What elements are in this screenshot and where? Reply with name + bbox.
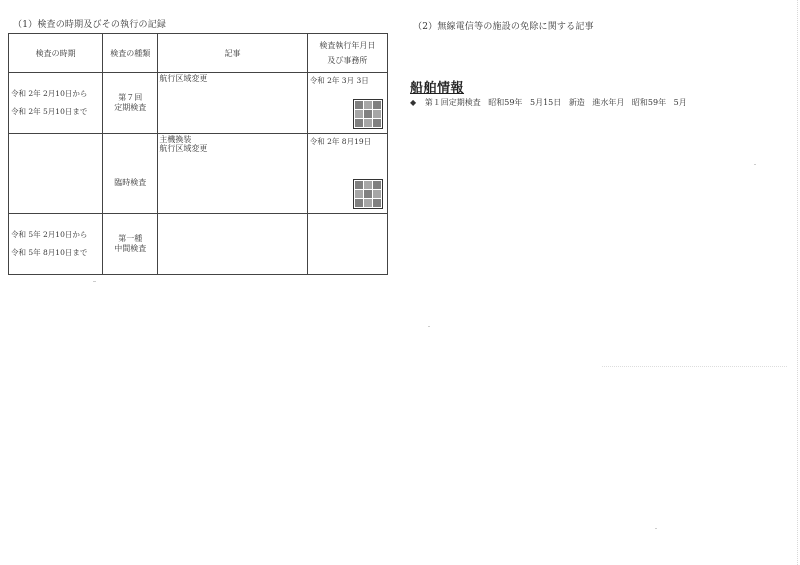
vessel-item-launch-label: 進水年月 [592,98,624,107]
scan-speck [428,326,430,327]
scan-speck [93,281,96,282]
kind-line2: 中間検査 [103,244,157,254]
scan-artifact-line [602,366,787,367]
header-exec: 検査執行年月日 及び事務所 [307,34,387,73]
kind-line1: 臨時検査 [103,178,157,188]
vessel-item-new-build: 新造 [569,98,585,107]
exec-date: 令和 2年 3月 3日 [308,73,387,86]
table-row: 令和 5年 2月10日から 令和 5年 8月10日まで 第一種 中間検査 [9,214,388,275]
period-from: 令和 5年 2月10日から [11,226,102,244]
remarks-line1: 航行区域変更 [159,74,305,83]
section2-title: （2）無線電信等の施設の免除に関する記事 [413,19,594,32]
kind-cell: 臨時検査 [103,134,158,214]
vessel-info-line: ◆ 第１回定期検査 昭和59年 5月15日 新造 進水年月 昭和59年 5月 [410,97,692,108]
kind-cell: 第一種 中間検査 [103,214,158,275]
exec-cell: 令和 2年 3月 3日 [307,73,387,134]
vessel-item-year: 昭和59年 [488,98,522,107]
header-period: 検査の時期 [9,34,103,73]
vessel-item-launch-month: 5月 [674,98,687,107]
diamond-bullet-icon: ◆ [410,98,416,107]
exec-cell: 令和 2年 8月19日 [307,134,387,214]
kind-line1: 第一種 [103,234,157,244]
remarks-line1: 主機換装 [159,135,305,144]
inspection-record-table: 検査の時期 検査の種類 記事 検査執行年月日 及び事務所 令和 2年 2月10日… [8,33,388,275]
exec-date [308,214,387,216]
period-cell [9,134,103,214]
header-kind: 検査の種類 [103,34,158,73]
kind-line2: 定期検査 [103,103,157,113]
seal-stamp-icon [353,99,383,129]
period-to: 令和 2年 5月10日まで [11,103,102,121]
scan-speck [754,164,756,165]
remarks-cell: 航行区域変更 [158,73,307,134]
vessel-item-date: 5月15日 [530,98,561,107]
vessel-item-inspection: 第１回定期検査 [425,98,481,107]
period-cell: 令和 2年 2月10日から 令和 2年 5月10日まで [9,73,103,134]
header-remarks: 記事 [158,34,307,73]
table-row: 令和 2年 2月10日から 令和 2年 5月10日まで 第７回 定期検査 航行区… [9,73,388,134]
table-row: 臨時検査 主機換装 航行区域変更 令和 2年 8月19日 [9,134,388,214]
vessel-info-heading: 船舶情報 [410,77,464,96]
table-header-row: 検査の時期 検査の種類 記事 検査執行年月日 及び事務所 [9,34,388,73]
header-exec-line1: 検査執行年月日 [308,38,387,53]
exec-cell [307,214,387,275]
scan-speck [655,528,657,529]
kind-cell: 第７回 定期検査 [103,73,158,134]
period-to: 令和 5年 8月10日まで [11,244,102,262]
vessel-item-launch-year: 昭和59年 [632,98,666,107]
seal-stamp-icon [353,179,383,209]
remarks-line2: 航行区域変更 [159,144,305,153]
period-from: 令和 2年 2月10日から [11,85,102,103]
remarks-cell: 主機換装 航行区域変更 [158,134,307,214]
remarks-cell [158,214,307,275]
header-exec-line2: 及び事務所 [308,53,387,68]
page-edge [797,0,798,565]
exec-date: 令和 2年 8月19日 [308,134,387,147]
kind-line1: 第７回 [103,93,157,103]
period-cell: 令和 5年 2月10日から 令和 5年 8月10日まで [9,214,103,275]
section1-title: （1）検査の時期及びその執行の記録 [13,17,166,30]
